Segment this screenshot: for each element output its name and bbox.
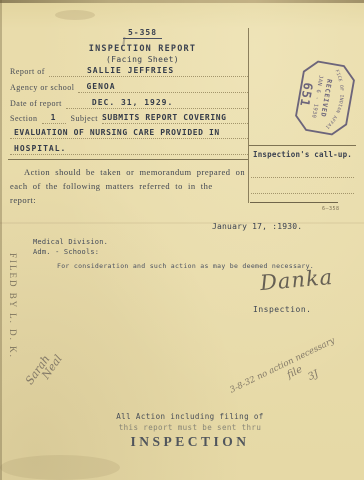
pencil-note-left: Sarah Neal <box>25 332 76 393</box>
callup-box-top-rule <box>249 145 356 146</box>
routing-line-2: Adm. - Schools: <box>33 247 108 257</box>
field-value-line: DEC. 31, 1929. <box>66 98 248 109</box>
footer-line-1: All Action including filing of <box>85 412 295 421</box>
section-label: Section <box>10 114 42 124</box>
handwritten-signature: Danka <box>259 265 334 295</box>
section-value-line: 1 <box>42 113 66 124</box>
paper-top-edge <box>0 0 364 3</box>
field-date-of-report: Date of report DEC. 31, 1929. <box>10 95 248 109</box>
horizontal-rule <box>8 159 248 160</box>
received-stamp-octagon: OFFICE OF INDIAN AFFAIRS RECEIVED JAN 6 … <box>291 57 359 140</box>
received-stamp: OFFICE OF INDIAN AFFAIRS RECEIVED JAN 6 … <box>291 57 359 140</box>
footer-line-2: this report must be sent thru <box>85 423 295 432</box>
stamp-number-text: 651 <box>297 81 315 108</box>
subject-value-line: SUBMITS REPORT COVERING <box>102 113 248 124</box>
paper-crease <box>0 222 364 224</box>
instructions-line: Action should be taken or memorandum pre… <box>10 165 248 179</box>
subject-label: Subject <box>66 114 103 124</box>
form-number: 5-358 <box>123 28 162 39</box>
pencil-note-line: file <box>233 331 364 407</box>
inspection-stamp-text: INSPECTION <box>85 434 295 450</box>
callup-box-bottom-rule <box>250 202 338 203</box>
footer-stamp-block: All Action including filing of this repo… <box>85 412 295 450</box>
signature-title: Inspection. <box>253 305 311 314</box>
pencil-note-right: 3-8-32 no action necessary file 3J <box>228 321 364 416</box>
field-value-line: HOSPITAL. <box>10 144 248 155</box>
field-value-line: SALLIE JEFFRIES <box>49 66 248 77</box>
field-value: SALLIE JEFFRIES <box>49 66 174 75</box>
callup-dotted-line <box>251 177 354 178</box>
instructions-paragraph: Action should be taken or memorandum pre… <box>10 165 248 208</box>
section-value: 1 <box>51 113 57 122</box>
field-value: EVALUATION OF NURSING CARE PROVIDED IN <box>10 128 220 137</box>
vertical-divider <box>248 28 249 203</box>
field-report-of: Report of SALLIE JEFFRIES <box>10 63 248 77</box>
callup-dotted-line <box>251 193 354 194</box>
field-agency: Agency or school GENOA <box>10 79 248 93</box>
routing-line-1: Medical Division. <box>33 237 108 247</box>
memo-date: January 17, :1930. <box>212 222 302 231</box>
form-title: INSPECTION REPORT <box>60 44 225 54</box>
field-label: Date of report <box>10 99 66 109</box>
field-label: Agency or school <box>10 83 78 93</box>
paper-left-edge <box>0 0 2 480</box>
paper-stain <box>55 10 95 20</box>
subject-continuation-2: HOSPITAL. <box>10 141 248 155</box>
subject-value: SUBMITS REPORT COVERING <box>102 113 227 122</box>
field-value: GENOA <box>78 82 115 91</box>
routing-block: Medical Division. Adm. - Schools: <box>33 237 108 257</box>
field-value: DEC. 31, 1929. <box>66 98 173 107</box>
subject-continuation-1: EVALUATION OF NURSING CARE PROVIDED IN <box>10 125 248 139</box>
field-value-line: GENOA <box>78 82 248 93</box>
field-value: HOSPITAL. <box>10 144 66 153</box>
instructions-line: each of the following matters referred t… <box>10 179 248 193</box>
field-value-line: EVALUATION OF NURSING CARE PROVIDED IN <box>10 128 248 139</box>
form-header: 5-358 INSPECTION REPORT (Facing Sheet) <box>60 20 225 64</box>
instructions-line: report: <box>10 193 248 207</box>
field-section-subject: Section 1 Subject SUBMITS REPORT COVERIN… <box>10 110 248 124</box>
scanned-document: 5-358 INSPECTION REPORT (Facing Sheet) R… <box>0 0 364 480</box>
inspection-callup-label: Inspection's call-up. <box>253 150 352 159</box>
form-number-small-print: 6—358 <box>322 206 340 212</box>
filed-by-stamp: FILED BY L. D. K. <box>8 253 18 359</box>
field-label: Report of <box>10 67 49 77</box>
paper-stain <box>0 455 120 480</box>
